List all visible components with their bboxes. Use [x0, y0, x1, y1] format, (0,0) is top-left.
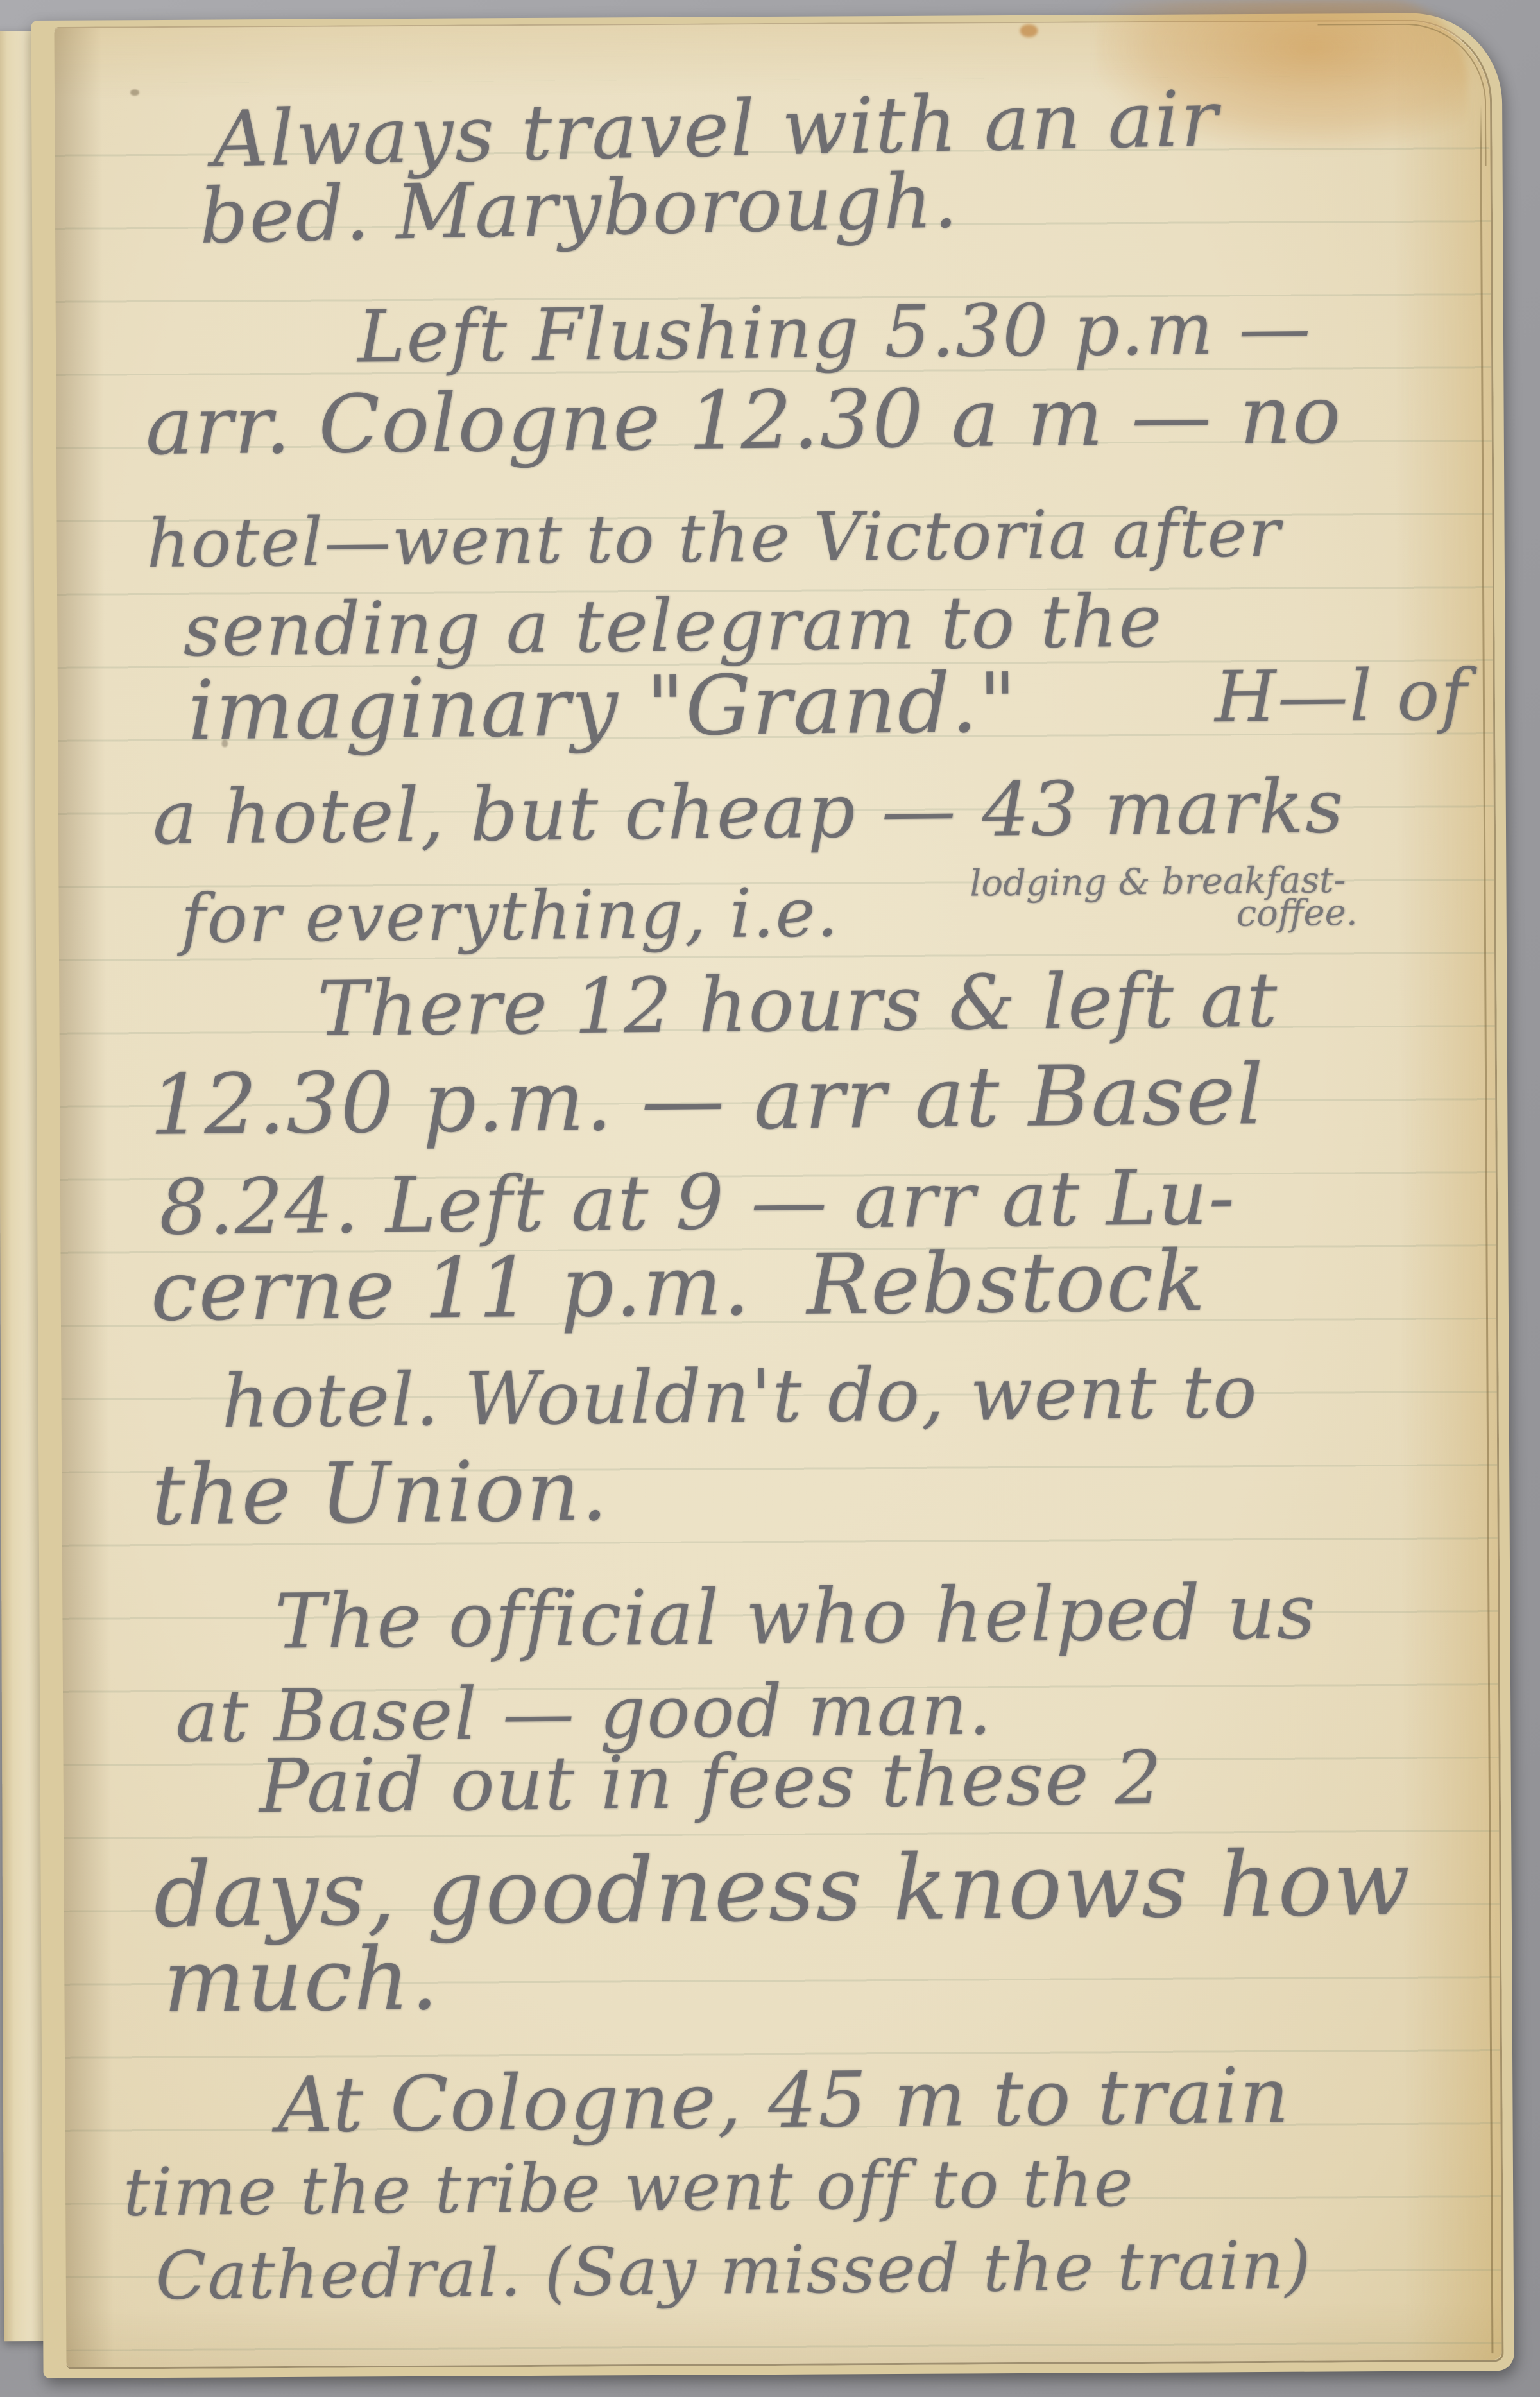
- handwriting-line-8: a hotel, but cheap — 43 marks: [152, 763, 1345, 861]
- handwriting-line-3: Left Flushing 5.30 p.m —: [357, 286, 1312, 379]
- handwriting-line-5: hotel—went to the Victoria after: [146, 494, 1281, 583]
- ink-speck: [130, 89, 139, 96]
- handwriting-line-18: Paid out in fees these 2: [259, 1735, 1163, 1830]
- handwriting-line-11: 12.30 p.m. — arr at Basel: [150, 1045, 1265, 1154]
- handwriting-line-10: There 12 hours & left at: [317, 956, 1279, 1053]
- handwriting-line-7: imaginary "Grand.": [187, 655, 1018, 759]
- handwriting-insert-hell-of: H—l of: [1214, 653, 1468, 738]
- notebook-page: Always travel with an air bed. Maryborou…: [54, 19, 1503, 2369]
- handwriting-line-9: for everything, i.e.: [180, 873, 839, 958]
- dot-stain: [1020, 24, 1038, 37]
- handwriting-line-2: bed. Maryborough.: [199, 156, 960, 261]
- notebook: Always travel with an air bed. Maryborou…: [31, 13, 1514, 2378]
- handwriting-interlinear-coffee: coffee.: [1236, 892, 1357, 935]
- handwriting-line-15: the Union.: [151, 1442, 610, 1544]
- handwriting-line-20: much.: [163, 1929, 440, 2032]
- handwriting-line-22: time the tribe went off to the: [123, 2145, 1135, 2231]
- handwriting-line-16: The official who helped us: [275, 1567, 1317, 1666]
- handwriting-line-4: arr. Cologne 12.30 a m — no: [145, 368, 1342, 473]
- handwriting-line-23: Cathedral. (Say missed the train): [155, 2227, 1312, 2315]
- handwriting-line-14: hotel. Wouldn't do, went to: [221, 1349, 1258, 1444]
- handwriting-line-13: cerne 11 p.m. Rebstock: [150, 1232, 1207, 1340]
- handwriting-line-21: At Cologne, 45 m to train: [277, 2052, 1291, 2150]
- photo-backdrop: { "manuscript": { "lines": [ "Always tra…: [0, 0, 1540, 2397]
